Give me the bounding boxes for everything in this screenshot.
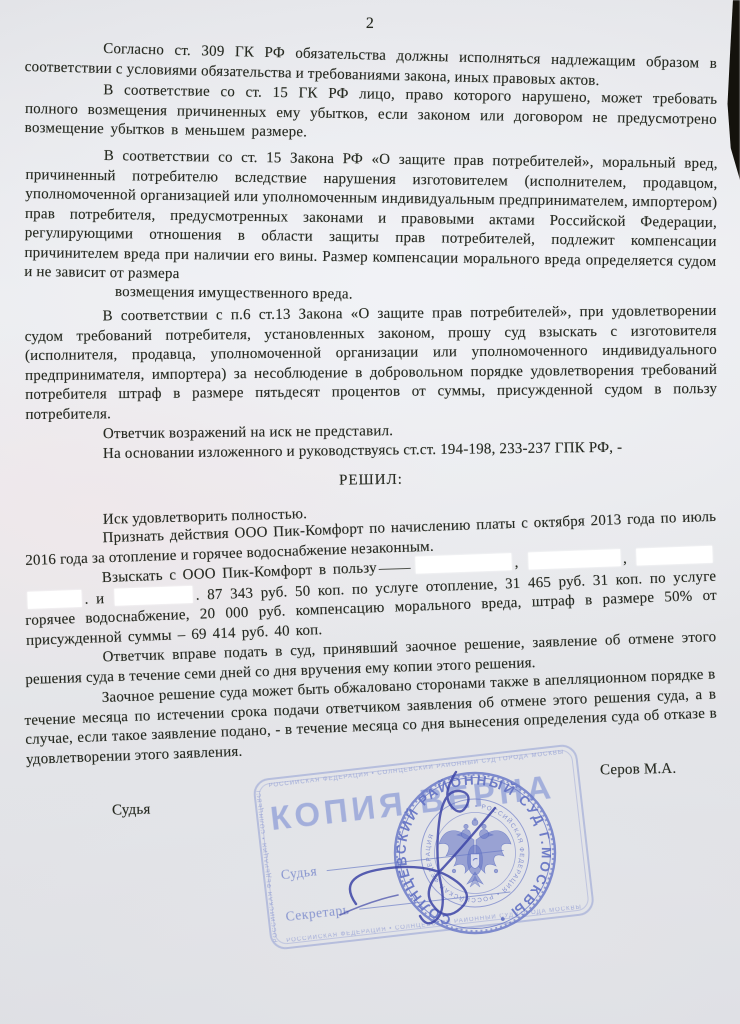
judge-name: Серов М.А. bbox=[600, 759, 730, 781]
page-number: 2 bbox=[0, 14, 740, 34]
redaction-box bbox=[636, 546, 713, 566]
paragraph-law-13-fine: В соответствии с п.6 ст.13 Закона «О защ… bbox=[24, 302, 717, 425]
paragraph-law-15-gk: В соответствие со ст. 15 ГК РФ лицо, пра… bbox=[25, 80, 718, 149]
judge-label: Судья bbox=[112, 798, 232, 821]
recover-separator-3: . и bbox=[84, 591, 104, 608]
decision-heading: РЕШИЛ: bbox=[25, 466, 717, 495]
recover-separator-2: , bbox=[623, 551, 628, 567]
document-page: 2 Согласно ст. 309 ГК РФ обязательства д… bbox=[0, 0, 740, 1024]
stamp-judge-label: Судья bbox=[280, 863, 318, 882]
paragraph-law-15-zpp: В соответствии со ст. 15 Закона РФ «О за… bbox=[24, 146, 718, 292]
photo-background: 2 Согласно ст. 309 ГК РФ обязательства д… bbox=[0, 0, 740, 1024]
redaction-box bbox=[415, 553, 512, 574]
stamp-border-text-left: РОССИЙСКАЯ ФЕДЕРАЦИЯ • СОЛНЦЕВСКИЙ РАЙОН… bbox=[256, 791, 281, 943]
redaction-box bbox=[114, 585, 193, 605]
signature-stroke bbox=[320, 752, 550, 972]
redaction-box bbox=[528, 549, 621, 569]
redaction-box bbox=[27, 589, 82, 608]
redaction-dash bbox=[379, 568, 411, 570]
recover-separator-1: , bbox=[514, 555, 519, 571]
